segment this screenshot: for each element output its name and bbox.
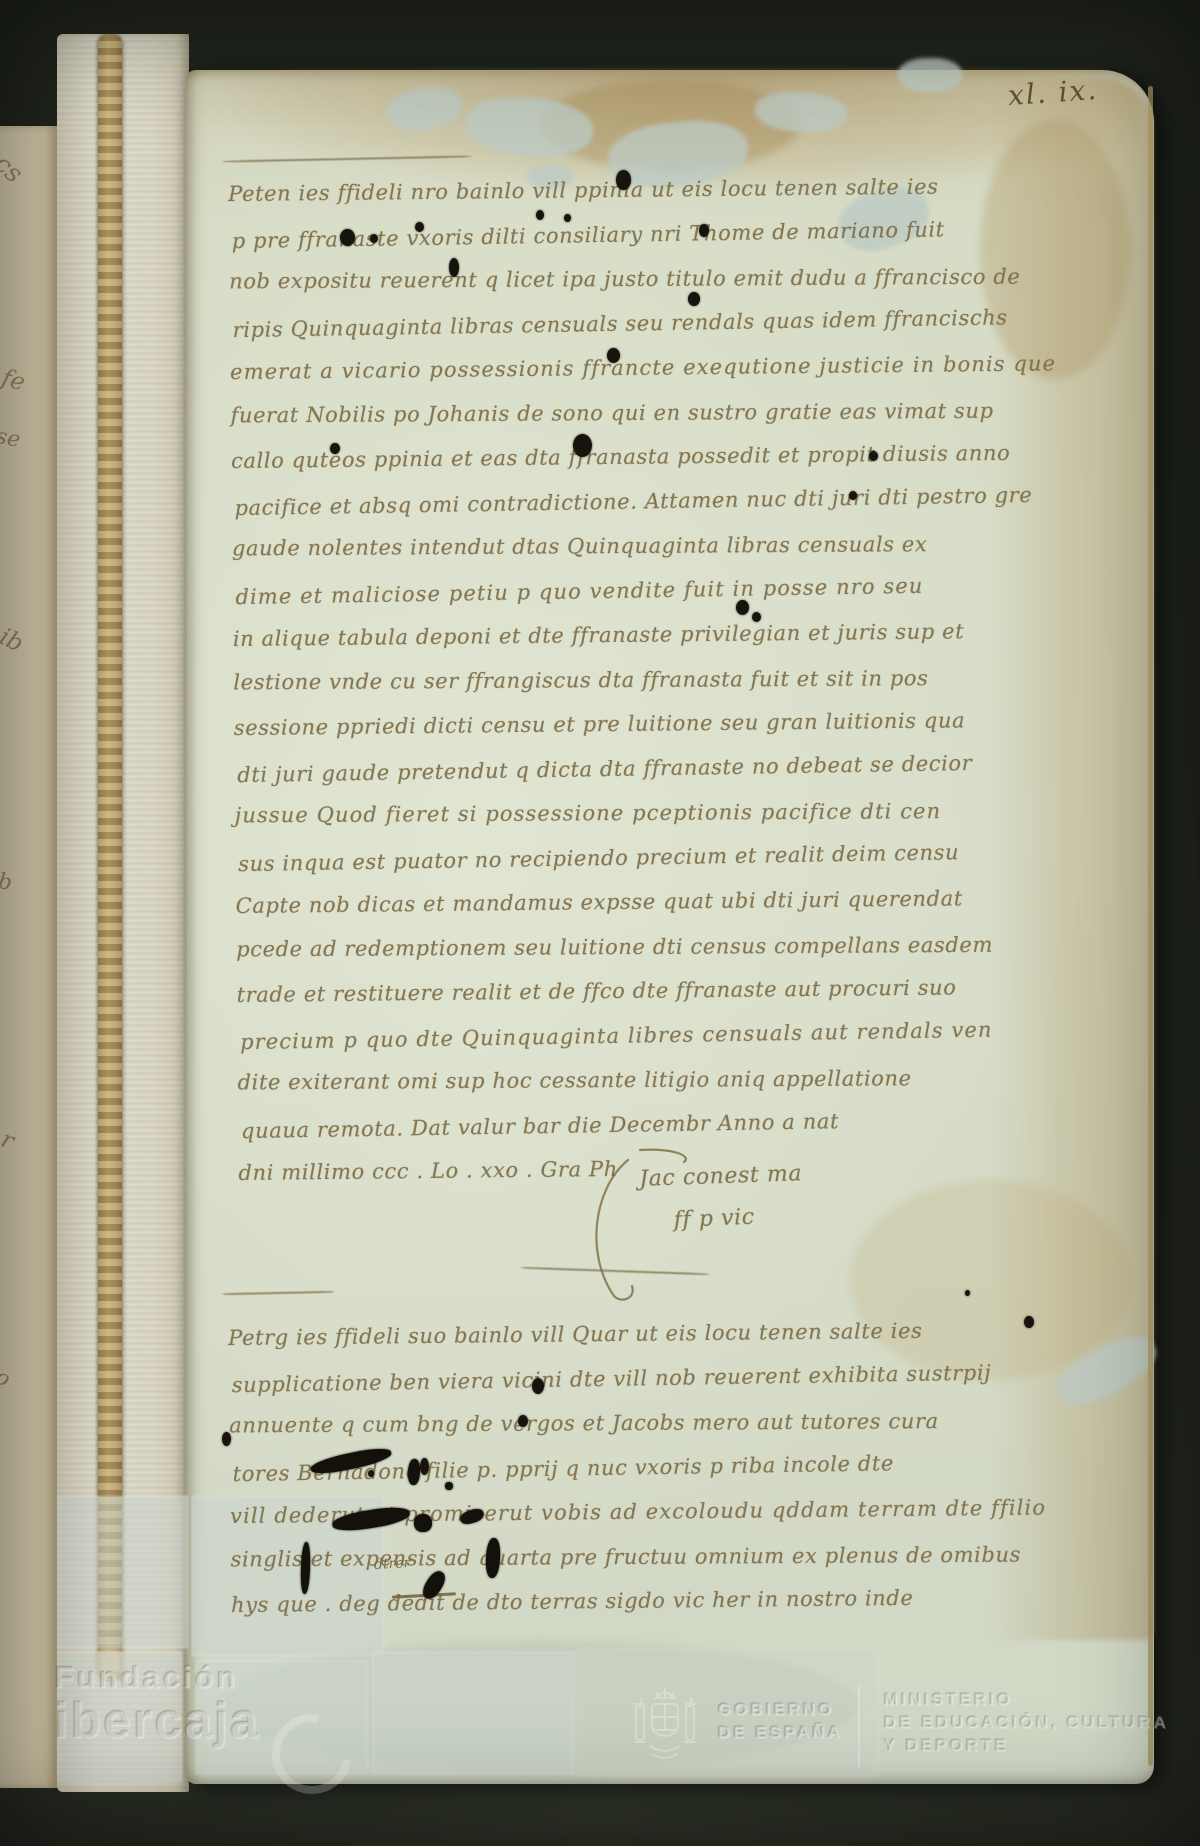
binding-thread <box>98 34 122 1680</box>
manuscript-text-line: jussue Quod fieret si possessione pcepti… <box>235 789 955 838</box>
wormhole <box>965 1290 970 1296</box>
manuscript-paragraph-1: Peten ies ffideli nro bainlo vill ppinia… <box>228 164 959 1195</box>
repair-patch <box>898 58 962 92</box>
photo-background: cs fe se ib b r o xl. ix. Peten ies ffid… <box>0 0 1200 1846</box>
facing-page-ink-mark: se <box>0 424 22 453</box>
page-fore-edge <box>1148 86 1153 1766</box>
ink-blot <box>414 1514 432 1532</box>
folio-number: xl. ix. <box>1007 73 1099 112</box>
facing-page-ink-mark: ib <box>0 622 28 657</box>
ministerio-line: Y DEPORTE <box>884 1734 1169 1757</box>
facing-page-edge: cs fe se ib b r o <box>0 126 57 1788</box>
wormhole <box>1024 1316 1034 1328</box>
wormhole <box>449 258 459 277</box>
facing-page-ink-mark: b <box>0 869 14 896</box>
wormhole <box>688 292 700 306</box>
wormhole <box>370 234 378 243</box>
signature-block: Jac conest ma ff p vic <box>639 1153 805 1243</box>
wormhole <box>420 1458 429 1475</box>
stain-blotch <box>980 120 1130 380</box>
fundacion-ibercaja-watermark: ibercaja <box>55 1692 260 1750</box>
fundacion-ibercaja-watermark: Fundación <box>55 1660 239 1696</box>
manuscript-text-line: pcede ad redemptionem seu luitione dti c… <box>236 922 956 971</box>
gobierno-de-espana-watermark: GOBIERNO DE ESPAÑA <box>718 1698 843 1744</box>
ink-blot <box>445 1482 453 1490</box>
manuscript-text-line: Capte nob dicas et mandamus expsse quat … <box>235 876 955 928</box>
repair-patch <box>372 1652 574 1774</box>
wormhole <box>564 214 571 222</box>
facing-page-ink-mark: o <box>0 1364 15 1392</box>
wormhole <box>518 1415 528 1427</box>
signature-line: ff p vic <box>643 1195 808 1244</box>
ministerio-watermark: MINISTERIO DE EDUCACIÓN, CULTURA Y DEPOR… <box>884 1688 1169 1757</box>
manuscript-text-line: vill dederut et promiserut vobis ad exco… <box>230 1486 950 1538</box>
wormhole <box>849 491 857 500</box>
wormhole <box>736 600 749 615</box>
wormhole <box>752 612 761 622</box>
facing-page-ink-mark: cs <box>0 149 28 190</box>
wormhole <box>616 170 631 190</box>
manuscript-text-line: fuerat Nobilis po Johanis de sono qui en… <box>230 389 950 438</box>
facing-page-ink-mark: fe <box>0 363 28 396</box>
facing-page-ink-mark: r <box>0 1125 18 1155</box>
wormhole <box>222 1432 231 1446</box>
interlinear-correction: dtrer <box>374 1555 411 1573</box>
ministerio-line: DE EDUCACIÓN, CULTURA <box>884 1711 1169 1734</box>
wormhole <box>699 224 709 237</box>
manuscript-text-line: gaude nolentes intendut dtas Quinquagint… <box>232 522 952 571</box>
signature-line: Jac conest ma <box>639 1153 803 1201</box>
manuscript-text-line: emerat a vicario possessionis ffrancte e… <box>230 342 950 394</box>
manuscript-text-line: dite exiterant omi sup hoc cessante liti… <box>237 1056 957 1105</box>
spain-coat-of-arms-icon <box>626 1684 704 1768</box>
gobierno-line: DE ESPAÑA <box>718 1721 843 1744</box>
wormhole <box>536 210 544 220</box>
manuscript-text-line: singlis et expensis ad quarta pre fructu… <box>230 1533 950 1582</box>
manuscript-text-line: hys que . deg dedit de dto terras sigdo … <box>231 1575 951 1627</box>
wormhole <box>340 229 355 246</box>
manuscript-text-line: nob expositu reuerent q licet ipa justo … <box>229 255 949 304</box>
wormhole <box>368 1470 374 1477</box>
wormhole <box>607 348 620 363</box>
wormhole <box>330 443 340 454</box>
wormhole <box>415 222 424 232</box>
watermark-divider <box>858 1686 860 1768</box>
ministerio-line: MINISTERIO <box>884 1688 1169 1711</box>
manuscript-text-line: lestione vnde cu ser ffrangiscus dta ffr… <box>233 656 953 705</box>
wormhole <box>573 434 592 457</box>
manuscript-text-line: in alique tabula deponi et dte ffranaste… <box>233 609 953 661</box>
wormhole <box>532 1378 544 1394</box>
wormhole <box>869 451 878 461</box>
gobierno-line: GOBIERNO <box>718 1698 843 1721</box>
manuscript-text-line: annuente q cum bng de vergos et Jacobs m… <box>229 1399 949 1448</box>
repair-patch <box>58 1496 188 1648</box>
